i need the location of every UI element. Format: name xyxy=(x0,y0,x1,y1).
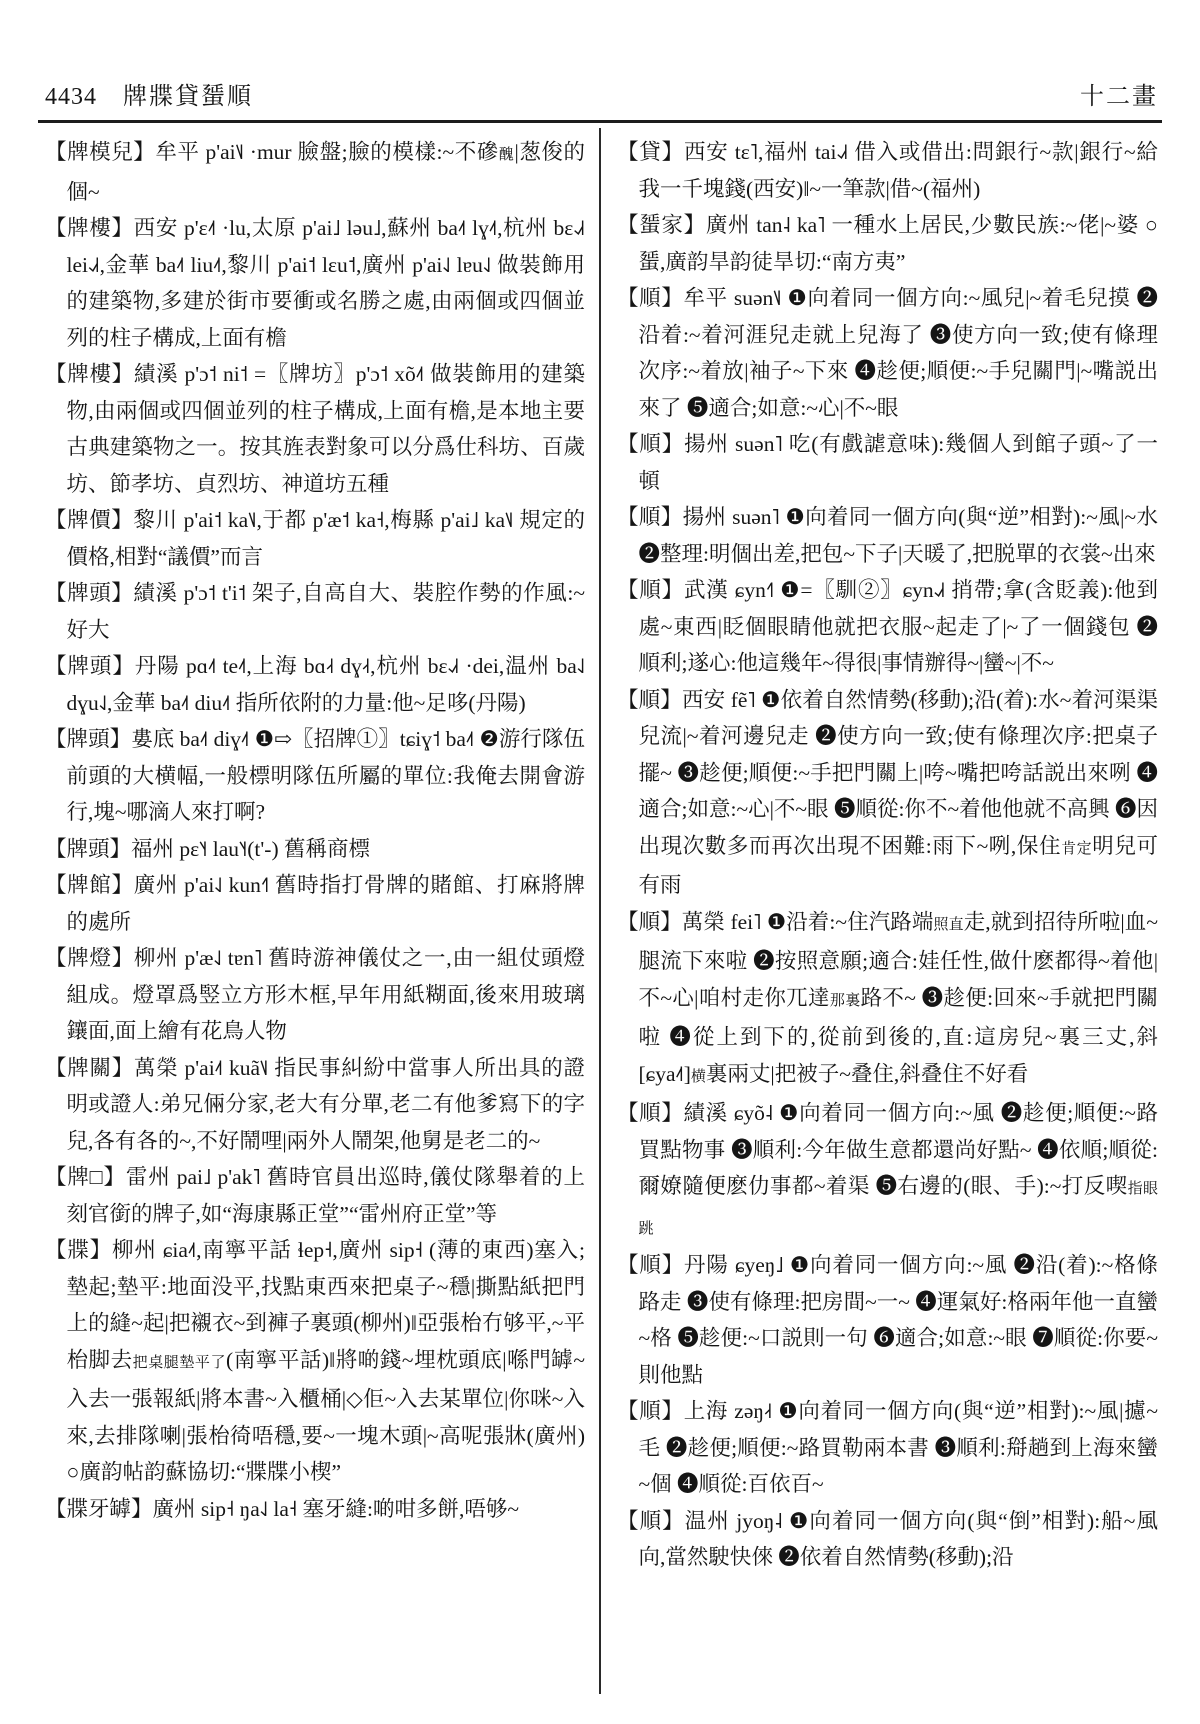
entry-headword: 【牌價】 xyxy=(45,508,133,532)
entry-text: 廣州 tan˨ ka˥ 一種水上居民,少數民族:~佬|~婆 ○蜑,廣韵旱韵徒旱切… xyxy=(639,213,1158,274)
dictionary-entry: 【順】丹陽 ɕyeŋ˩ ❶向着同一個方向:~風 ❷沿(着):~格條路走 ❸使有條… xyxy=(617,1247,1158,1393)
entry-text: 揚州 suən˥ ❶向着同一個方向(與“逆”相對):~風|~水 ❷整理:明個出差… xyxy=(639,505,1158,566)
entry-headword: 【順】 xyxy=(617,432,684,456)
entry-headword: 【順】 xyxy=(617,505,683,529)
entry-headword: 【順】 xyxy=(617,578,684,602)
entry-headword: 【牌館】 xyxy=(45,873,134,897)
dictionary-entry: 【牃】柳州 ɕia˨˦,南寧平話 ɬep˧,廣州 sip˧ (薄的東西)塞入;墊… xyxy=(45,1232,585,1491)
dictionary-entry: 【牌頭】績溪 p'ɔ˦ t'i˦ 架子,自高自大、裝腔作勢的作風:~好大 xyxy=(45,575,585,648)
entry-headword: 【牌頭】 xyxy=(45,837,131,861)
entry-text: 西安 tɛ˥,福州 tai˨˩˧ 借入或借出:問銀行~款|銀行~給我一千塊錢(西… xyxy=(639,140,1158,201)
dictionary-entry: 【牌頭】丹陽 pɑ˨˦ te˨˦,上海 bɑ˨˧ dɣ˨˧,杭州 bɛ˨˩˧ ·… xyxy=(45,648,585,721)
entry-text: 武漢 ɕyn˧˥ ❶=〖馴②〗ɕyn˨˩˧ 捎帶;拿(含貶義):他到處~東西|眨… xyxy=(639,578,1159,675)
header-left: 4434 牌牃貸蜑順 xyxy=(45,76,253,111)
entry-text: 績溪 p'ɔ˦ t'i˦ 架子,自高自大、裝腔作勢的作風:~好大 xyxy=(67,581,585,642)
small-gloss: 横 xyxy=(691,1069,706,1085)
dictionary-entry: 【順】武漢 ɕyn˧˥ ❶=〖馴②〗ɕyn˨˩˧ 捎帶;拿(含貶義):他到處~東… xyxy=(617,572,1158,682)
entry-headword: 【牃牙罅】 xyxy=(45,1497,153,1521)
entry-headword: 【順】 xyxy=(617,1509,685,1533)
dictionary-entry: 【牌館】廣州 p'ai˨˩ kun˧˥ 舊時指打骨牌的賭館、打麻將牌的處所 xyxy=(45,867,585,940)
dictionary-entry: 【牌樓】績溪 p'ɔ˦ ni˦ =〖牌坊〗p'ɔ˦ xõ˨˦ 做裝飾用的建築物,… xyxy=(45,356,585,502)
entry-text: 婁底 ba˨˦ diɣ˨˦ ❶⇨〖招牌①〗tɕiɣ˦ ba˨˦ ❷游行隊伍前頭的… xyxy=(67,727,586,824)
dictionary-entry: 【牌頭】福州 pɛ˥˧ lau˥˧(t'-) 舊稱商標 xyxy=(45,831,585,868)
dictionary-entry: 【牃牙罅】廣州 sip˧ ŋa˨˩ la˧ 塞牙縫:啲咁多餅,唔够~ xyxy=(45,1491,585,1528)
entry-text: 績溪 ɕyõ˨ ❶向着同一個方向:~風 ❷趁便;順便:~路買點物事 ❸順利:今年… xyxy=(639,1101,1159,1198)
dictionary-entry: 【蜑家】廣州 tan˨ ka˥ 一種水上居民,少數民族:~佬|~婆 ○蜑,廣韵旱… xyxy=(617,207,1158,280)
entry-headword: 【牌頭】 xyxy=(45,727,131,751)
small-gloss: 肯定 xyxy=(1061,841,1092,857)
guide-words: 牌牃貸蜑順 xyxy=(123,76,253,111)
small-gloss: 照直 xyxy=(934,917,964,933)
entry-text: 温州 jyoŋ˨ ❶向着同一個方向(與“倒”相對):船~風向,當然駛快倈 ❷依着… xyxy=(639,1509,1159,1570)
entry-headword: 【牌燈】 xyxy=(45,946,134,970)
page-number: 4434 xyxy=(45,84,97,111)
entry-text: 福州 pɛ˥˧ lau˥˧(t'-) 舊稱商標 xyxy=(131,837,370,861)
entry-text: 裏兩丈|把被子~叠住,斜叠住不好看 xyxy=(706,1062,1028,1086)
entry-text: 柳州 p'æ˨˩ tɐn˥ 舊時游神儀仗之一,由一組仗頭燈組成。燈罩爲竪立方形木… xyxy=(67,946,586,1043)
entry-text: 牟平 suən˥˩ ❶向着同一個方向:~風兒|~着毛兒摸 ❷沿着:~着河涯兒走就… xyxy=(639,286,1159,420)
entry-text: 丹陽 ɕyeŋ˩ ❶向着同一個方向:~風 ❷沿(着):~格條路走 ❸使有條理:把… xyxy=(639,1253,1159,1387)
entry-text: 牟平 p'ai˥˩ ·mur 臉盤;臉的模樣:~不磣 xyxy=(155,140,498,164)
dictionary-entry: 【順】牟平 suən˥˩ ❶向着同一個方向:~風兒|~着毛兒摸 ❷沿着:~着河涯… xyxy=(617,280,1158,426)
dictionary-entry: 【順】上海 zəŋ˨˧ ❶向着同一個方向(與“逆”相對):~風|攄~毛 ❷趁便;… xyxy=(617,1393,1158,1503)
stroke-section: 十二畫 xyxy=(1080,76,1158,111)
entry-headword: 【順】 xyxy=(617,1253,684,1277)
dictionary-entry: 【牌樓】西安 p'ɛ˨˦ ·lu,太原 p'ai˩ ləu˩,蘇州 ba˨˦ l… xyxy=(45,210,585,356)
entry-text: 揚州 suən˥ 吃(有戲謔意味):幾個人到館子頭~了一頓 xyxy=(639,432,1159,493)
dictionary-entry: 【順】揚州 suən˥ ❶向着同一個方向(與“逆”相對):~風|~水 ❷整理:明… xyxy=(617,499,1158,572)
small-gloss: 把桌腿墊平了 xyxy=(133,1355,226,1371)
small-gloss: 那裏 xyxy=(830,993,861,1009)
header-rule xyxy=(38,120,1162,123)
entry-text: 西安 fẽ˥ ❶依着自然情勢(移動);沿(着):水~着河渠渠兒流|~着河邊兒走 … xyxy=(639,688,1159,858)
dictionary-entry: 【順】西安 fẽ˥ ❶依着自然情勢(移動);沿(着):水~着河渠渠兒流|~着河邊… xyxy=(617,682,1158,904)
entry-headword: 【貸】 xyxy=(617,140,684,164)
dictionary-entry: 【牌□】雷州 pai˩ p'ak˥ 舊時官員出巡時,儀仗隊舉着的上刻官銜的牌子,… xyxy=(45,1159,585,1232)
entry-headword: 【順】 xyxy=(617,910,682,934)
entry-headword: 【順】 xyxy=(617,688,682,712)
dictionary-entry: 【牌關】萬榮 p'ai˨˦ kuã˥˩ 指民事糾紛中當事人所出具的證明或證人:弟… xyxy=(45,1050,585,1160)
entry-text: 廣州 p'ai˨˩ kun˧˥ 舊時指打骨牌的賭館、打麻將牌的處所 xyxy=(67,873,586,934)
dictionary-entry: 【牌價】黎川 p'ai˦ ka˥˩,于都 p'æ˦ ka˧,梅縣 p'ai˩ k… xyxy=(45,502,585,575)
dictionary-entry: 【牌模兒】牟平 p'ai˥˩ ·mur 臉盤;臉的模樣:~不磣醜|葱俊的個~ xyxy=(45,134,585,210)
entry-text: 萬榮 p'ai˨˦ kuã˥˩ 指民事糾紛中當事人所出具的證明或證人:弟兄倆分家… xyxy=(67,1056,586,1153)
dictionary-entry: 【牌頭】婁底 ba˨˦ diɣ˨˦ ❶⇨〖招牌①〗tɕiɣ˦ ba˨˦ ❷游行隊… xyxy=(45,721,585,831)
entry-headword: 【牌樓】 xyxy=(45,216,134,240)
entry-headword: 【順】 xyxy=(617,1399,684,1423)
entry-text: 雷州 pai˩ p'ak˥ 舊時官員出巡時,儀仗隊舉着的上刻官銜的牌子,如“海康… xyxy=(67,1165,585,1226)
entry-headword: 【牌頭】 xyxy=(45,581,133,605)
entry-headword: 【牌樓】 xyxy=(45,362,134,386)
entry-text: 萬榮 fei˥ ❶沿着:~住汽路端 xyxy=(682,910,934,934)
dictionary-entry: 【順】績溪 ɕyõ˨ ❶向着同一個方向:~風 ❷趁便;順便:~路買點物事 ❸順利… xyxy=(617,1095,1158,1247)
dictionary-entry: 【順】温州 jyoŋ˨ ❶向着同一個方向(與“倒”相對):船~風向,當然駛快倈 … xyxy=(617,1503,1158,1576)
entry-text: 廣州 sip˧ ŋa˨˩ la˧ 塞牙縫:啲咁多餅,唔够~ xyxy=(153,1497,519,1521)
entry-text: 績溪 p'ɔ˦ ni˦ =〖牌坊〗p'ɔ˦ xõ˨˦ 做裝飾用的建築物,由兩個或… xyxy=(67,362,586,496)
dictionary-entry: 【順】揚州 suən˥ 吃(有戲謔意味):幾個人到館子頭~了一頓 xyxy=(617,426,1158,499)
entry-headword: 【牌關】 xyxy=(45,1056,134,1080)
page-header: 4434 牌牃貸蜑順 十二畫 xyxy=(45,76,1158,111)
dictionary-page: 4434 牌牃貸蜑順 十二畫 【牌模兒】牟平 p'ai˥˩ ·mur 臉盤;臉的… xyxy=(0,0,1200,1724)
left-column: 【牌模兒】牟平 p'ai˥˩ ·mur 臉盤;臉的模樣:~不磣醜|葱俊的個~【牌… xyxy=(45,134,585,1527)
dictionary-entry: 【順】萬榮 fei˥ ❶沿着:~住汽路端照直走,就到招待所啦|血~腿流下來啦 ❷… xyxy=(617,904,1158,1096)
dictionary-entry: 【牌燈】柳州 p'æ˨˩ tɐn˥ 舊時游神儀仗之一,由一組仗頭燈組成。燈罩爲竪… xyxy=(45,940,585,1050)
entry-text: 黎川 p'ai˦ ka˥˩,于都 p'æ˦ ka˧,梅縣 p'ai˩ ka˥˩ … xyxy=(67,508,585,569)
entry-headword: 【順】 xyxy=(617,1101,684,1125)
entry-headword: 【順】 xyxy=(617,286,684,310)
entry-text: 丹陽 pɑ˨˦ te˨˦,上海 bɑ˨˧ dɣ˨˧,杭州 bɛ˨˩˧ ·dei,… xyxy=(67,654,585,715)
entry-headword: 【牌□】 xyxy=(45,1165,126,1189)
dictionary-entry: 【貸】西安 tɛ˥,福州 tai˨˩˧ 借入或借出:問銀行~款|銀行~給我一千塊… xyxy=(617,134,1158,207)
entry-headword: 【牌模兒】 xyxy=(45,140,155,164)
entry-headword: 【蜑家】 xyxy=(617,213,706,237)
entry-headword: 【牌頭】 xyxy=(45,654,135,678)
small-gloss: 醜 xyxy=(499,147,515,163)
right-column: 【貸】西安 tɛ˥,福州 tai˨˩˧ 借入或借出:問銀行~款|銀行~給我一千塊… xyxy=(617,134,1158,1576)
entry-text: 西安 p'ɛ˨˦ ·lu,太原 p'ai˩ ləu˩,蘇州 ba˨˦ lɣ˨˦,… xyxy=(67,216,586,350)
entry-text: 上海 zəŋ˨˧ ❶向着同一個方向(與“逆”相對):~風|攄~毛 ❷趁便;順便:… xyxy=(639,1399,1159,1496)
column-divider xyxy=(599,128,601,1694)
entry-headword: 【牃】 xyxy=(45,1238,112,1262)
